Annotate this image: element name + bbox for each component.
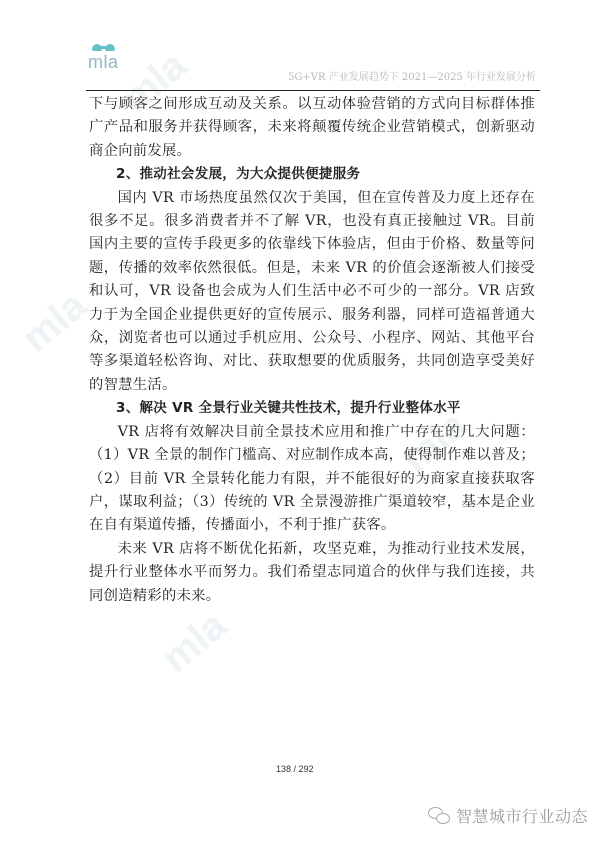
- logo-icon: [92, 44, 116, 52]
- page-header: mla 5G+VR 产业发展趋势下 2021—2025 年行业发展分析: [86, 40, 540, 92]
- logo: mla: [86, 40, 126, 76]
- wechat-watermark: 智慧城市行业动态: [428, 804, 588, 827]
- paragraph: VR 店将有效解决目前全景技术应用和推广中存在的几大问题：（1）VR 全景的制作…: [89, 421, 535, 538]
- watermark: mla: [14, 283, 96, 362]
- logo-text: mla: [88, 52, 119, 73]
- watermark: mla: [154, 603, 236, 682]
- wechat-icon: [428, 807, 450, 825]
- page-number: 138 / 292: [276, 764, 314, 774]
- wechat-account-name: 智慧城市行业动态: [456, 804, 588, 827]
- header-title: 5G+VR 产业发展趋势下 2021—2025 年行业发展分析: [288, 68, 536, 83]
- section-heading: 2、推动社会发展，为大众提供便捷服务: [89, 163, 535, 186]
- header-divider: [86, 90, 540, 91]
- section-heading: 3、解决 VR 全景行业关键共性技术，提升行业整体水平: [89, 397, 535, 420]
- paragraph: 下与顾客之间形成互动及关系。以互动体验营销的方式向目标群体推广产品和服务并获得顾…: [89, 93, 535, 163]
- paragraph: 国内 VR 市场热度虽然仅次于美国，但在宣传普及力度上还存在很多不足。很多消费者…: [89, 187, 535, 398]
- paragraph: 未来 VR 店将不断优化拓新，攻坚克难，为推动行业技术发展，提升行业整体水平而努…: [89, 538, 535, 608]
- document-body: 下与顾客之间形成互动及关系。以互动体验营销的方式向目标群体推广产品和服务并获得顾…: [89, 93, 535, 608]
